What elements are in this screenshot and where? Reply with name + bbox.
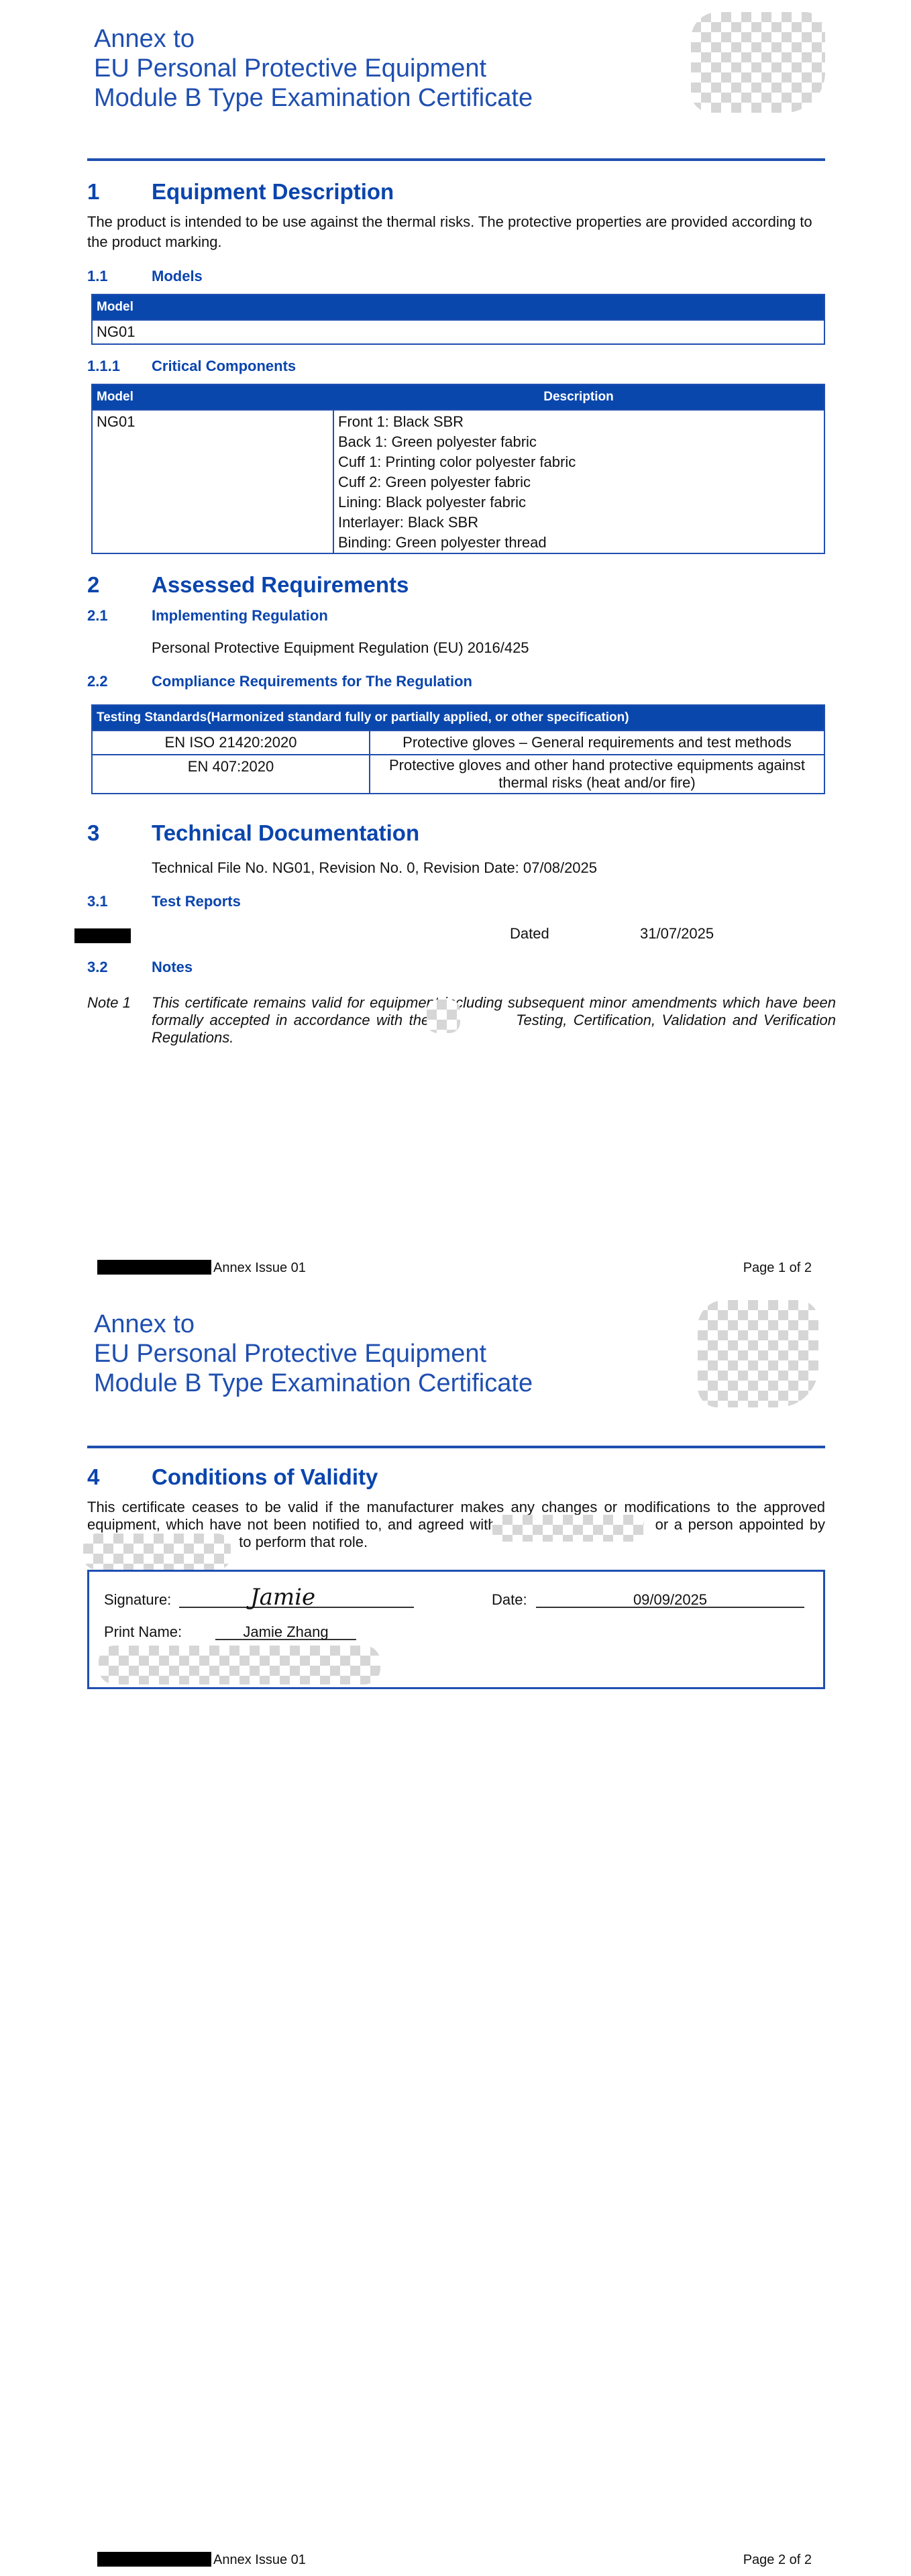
section-1-heading: 1Equipment Description <box>87 178 394 205</box>
title-line-1: Annex to <box>94 1309 533 1339</box>
column-header-model: Model <box>92 384 333 410</box>
component-line: Front 1: Black SBR <box>338 412 820 432</box>
critical-components-table: Model Description NG01 Front 1: Black SB… <box>91 384 825 554</box>
subsection-number: 3.1 <box>87 892 152 911</box>
redacted-footer-id <box>97 2552 211 2567</box>
subsection-title: Implementing Regulation <box>152 607 328 624</box>
print-name-label: Print Name: <box>104 1623 182 1642</box>
models-heading: 1.1Models <box>87 267 203 286</box>
redacted-report-id <box>74 928 131 943</box>
test-reports-heading: 3.1Test Reports <box>87 892 241 911</box>
title-line-1: Annex to <box>94 24 533 54</box>
component-line: Binding: Green polyester thread <box>338 533 820 553</box>
section-title: Assessed Requirements <box>152 572 409 597</box>
subsection-title: Critical Components <box>152 358 296 374</box>
standard-cell: EN 407:2020 <box>92 755 370 794</box>
document-title: Annex to EU Personal Protective Equipmen… <box>94 1309 533 1398</box>
subsection-number: 2.1 <box>87 606 152 625</box>
note-text: This certificate remains valid for equip… <box>152 994 836 1046</box>
component-line: Cuff 1: Printing color polyester fabric <box>338 452 820 472</box>
standard-description-cell: Protective gloves and other hand protect… <box>370 755 824 794</box>
redacted-logo <box>691 12 825 113</box>
redacted-body-name <box>427 1000 460 1033</box>
standard-description-cell: Protective gloves – General requirements… <box>370 731 824 755</box>
redacted-footer-id <box>97 1260 211 1275</box>
component-line: Back 1: Green polyester fabric <box>338 432 820 452</box>
title-line-2: EU Personal Protective Equipment <box>94 1339 533 1368</box>
compliance-requirements-heading: 2.2Compliance Requirements for The Regul… <box>87 672 472 691</box>
component-line: Interlayer: Black SBR <box>338 513 820 533</box>
date-label: Date: <box>492 1591 527 1609</box>
section-number: 2 <box>87 572 152 598</box>
subsection-number: 3.2 <box>87 958 152 977</box>
redacted-organisation-name <box>492 1515 644 1542</box>
models-table: Model NG01 <box>91 294 825 345</box>
implementing-regulation-heading: 2.1Implementing Regulation <box>87 606 328 625</box>
column-header-model: Model <box>92 294 824 320</box>
table-row: EN 407:2020 Protective gloves and other … <box>92 755 824 794</box>
footer-issue: Annex Issue 01 <box>213 2552 306 2568</box>
header-rule <box>87 158 825 161</box>
section-title: Conditions of Validity <box>152 1464 378 1489</box>
notes-heading: 3.2Notes <box>87 958 193 977</box>
redacted-logo <box>698 1300 818 1407</box>
section-3-heading: 3Technical Documentation <box>87 820 419 847</box>
table-row: EN ISO 21420:2020 Protective gloves – Ge… <box>92 731 824 755</box>
technical-file-text: Technical File No. NG01, Revision No. 0,… <box>152 859 597 877</box>
footer-page-number: Page 2 of 2 <box>743 2552 812 2568</box>
signature-label: Signature: <box>104 1591 171 1609</box>
report-dated-label: Dated <box>510 924 549 943</box>
testing-standards-header: Testing Standards(Harmonized standard fu… <box>92 705 824 731</box>
footer-issue: Annex Issue 01 <box>213 1260 306 1276</box>
print-name: Jamie Zhang <box>215 1623 356 1642</box>
section-title: Technical Documentation <box>152 820 419 845</box>
redacted-signatory-title <box>99 1646 380 1684</box>
footer-page-number: Page 1 of 2 <box>743 1260 812 1276</box>
signature-box: Signature: Jamie Date: 09/09/2025 Print … <box>87 1570 825 1689</box>
equipment-description-text: The product is intended to be use agains… <box>87 212 825 252</box>
component-line: Cuff 2: Green polyester fabric <box>338 472 820 492</box>
report-date: 31/07/2025 <box>640 924 714 943</box>
title-line-3: Module B Type Examination Certificate <box>94 1368 533 1398</box>
subsection-title: Models <box>152 268 203 284</box>
testing-standards-table: Testing Standards(Harmonized standard fu… <box>91 704 825 794</box>
document-title: Annex to EU Personal Protective Equipmen… <box>94 24 533 113</box>
section-number: 3 <box>87 820 152 847</box>
subsection-number: 1.1.1 <box>87 357 152 376</box>
header-rule <box>87 1446 825 1448</box>
title-line-3: Module B Type Examination Certificate <box>94 83 533 113</box>
table-row: NG01 <box>92 320 824 344</box>
table-row: NG01 Front 1: Black SBR Back 1: Green po… <box>92 410 824 553</box>
signature-date: 09/09/2025 <box>536 1591 804 1609</box>
critical-components-heading: 1.1.1Critical Components <box>87 357 296 376</box>
standard-cell: EN ISO 21420:2020 <box>92 731 370 755</box>
signature-image: Jamie <box>250 1584 315 1611</box>
subsection-number: 1.1 <box>87 267 152 286</box>
section-2-heading: 2Assessed Requirements <box>87 572 409 598</box>
implementing-regulation-text: Personal Protective Equipment Regulation… <box>152 639 529 657</box>
section-title: Equipment Description <box>152 179 394 204</box>
section-4-heading: 4Conditions of Validity <box>87 1464 378 1491</box>
description-cell: Front 1: Black SBR Back 1: Green polyest… <box>333 410 824 553</box>
title-line-2: EU Personal Protective Equipment <box>94 54 533 83</box>
section-number: 1 <box>87 178 152 205</box>
column-header-description: Description <box>333 384 824 410</box>
subsection-title: Compliance Requirements for The Regulati… <box>152 673 472 690</box>
section-number: 4 <box>87 1464 152 1491</box>
subsection-title: Test Reports <box>152 893 241 910</box>
component-line: Lining: Black polyester fabric <box>338 492 820 513</box>
page-2: Annex to EU Personal Protective Equipmen… <box>0 1288 911 2576</box>
subsection-title: Notes <box>152 959 193 975</box>
model-cell: NG01 <box>92 410 333 553</box>
note-label: Note 1 <box>87 994 131 1012</box>
redacted-organisation-name-2 <box>83 1534 231 1570</box>
subsection-number: 2.2 <box>87 672 152 691</box>
page-1: Annex to EU Personal Protective Equipmen… <box>0 0 911 1288</box>
model-cell: NG01 <box>92 320 824 344</box>
